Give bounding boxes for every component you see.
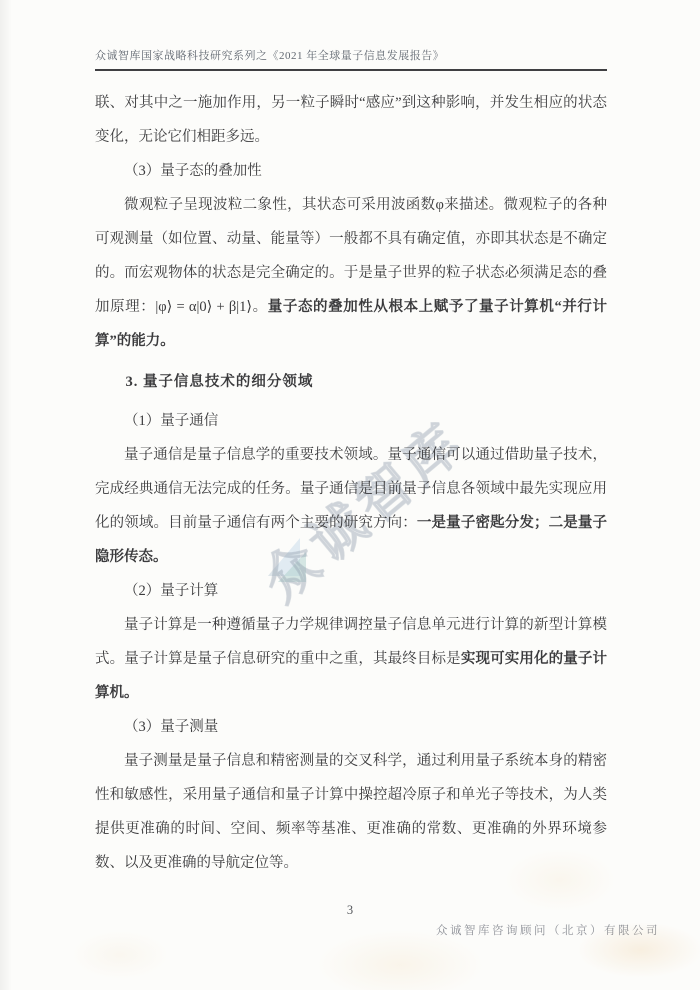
continuation: 联、对其中之一施加作用，另一粒子瞬时“感应”到这种影响，并发生相应的状态变化，无… (95, 86, 607, 154)
section-heading: 3. 量子信息技术的细分领域 (95, 365, 607, 399)
subheading: （2）量子计算 (95, 574, 607, 608)
paragraph: 量子计算是一种遵循量子力学规律调控量子信息单元进行计算的新型计算模式。量子计算是… (95, 608, 607, 710)
body-text: 微观粒子呈现波粒二象性，其状态可采用波函数φ来描述。微观粒子的各种可观测量（如位… (95, 197, 607, 315)
page-number: 3 (0, 903, 700, 918)
body-text: （3）量子测量 (124, 719, 218, 735)
paragraph: 微观粒子呈现波粒二象性，其状态可采用波函数φ来描述。微观粒子的各种可观测量（如位… (95, 188, 607, 358)
header-title: 众诚智库国家战略科技研究系列之《2021 年全球量子信息发展报告》 (95, 50, 444, 62)
body-text: （1）量子通信 (124, 413, 218, 429)
paragraph: 量子通信是量子信息学的重要技术领域。量子通信可以通过借助量子技术，完成经典通信无… (95, 438, 607, 574)
footer-company: 众诚智库咨询顾问（北京）有限公司 (436, 922, 660, 938)
page-header: 众诚智库国家战略科技研究系列之《2021 年全球量子信息发展报告》 (95, 46, 607, 71)
document-page: 众诚智库国家战略科技研究系列之《2021 年全球量子信息发展报告》 众诚智库 联… (0, 0, 700, 990)
subheading: （1）量子通信 (95, 404, 607, 438)
subheading: （3）量子测量 (95, 710, 607, 744)
body-text: 联、对其中之一施加作用，另一粒子瞬时“感应”到这种影响，并发生相应的状态变化，无… (95, 95, 607, 145)
bold-text: 3. 量子信息技术的细分领域 (125, 374, 313, 390)
paragraph: 量子测量是量子信息和精密测量的交叉科学，通过利用量子系统本身的精密性和敏感性，采… (95, 744, 607, 880)
body-text: （3）量子态的叠加性 (124, 163, 262, 179)
document-body: 联、对其中之一施加作用，另一粒子瞬时“感应”到这种影响，并发生相应的状态变化，无… (95, 86, 607, 880)
body-text: 量子测量是量子信息和精密测量的交叉科学，通过利用量子系统本身的精密性和敏感性，采… (95, 753, 607, 871)
body-text: （2）量子计算 (124, 583, 218, 599)
subheading: （3）量子态的叠加性 (95, 154, 607, 188)
